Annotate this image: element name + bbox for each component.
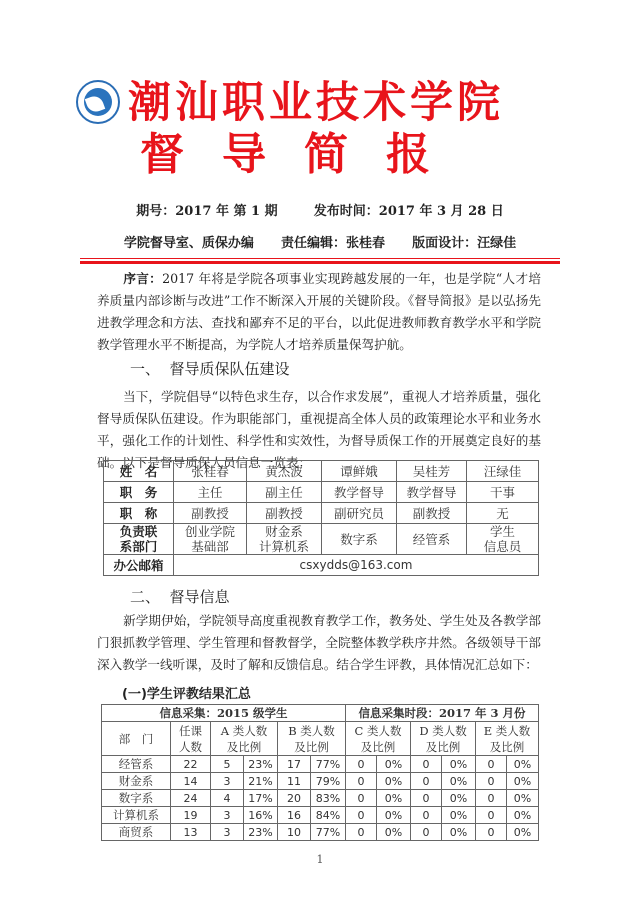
cell-e-pct: 0%: [507, 790, 539, 807]
header-c: C 类人数及比例: [346, 722, 411, 756]
cell-d: 0: [411, 773, 442, 790]
cell-c: 0: [346, 824, 377, 841]
cell-title: 副教授: [397, 503, 467, 524]
issue-number: 期号：2017 年 第 1 期: [136, 204, 277, 219]
table-row-name: 姓 名 张桂春 黄杰波 谭鲜娥 吴桂芳 汪绿佳: [104, 461, 539, 482]
header-b: B 类人数及比例: [278, 722, 346, 756]
table-row: 数字系 24 4 17% 20 83% 0 0% 0 0% 0 0%: [102, 790, 539, 807]
section2-text: 新学期伊始，学院领导高度重视教育教学工作，教务处、学生处及各教学部门狠抓教学管理…: [97, 613, 541, 672]
table-row-email: 办公邮箱 csxydds@163.com: [104, 555, 539, 576]
cell-a: 3: [211, 824, 244, 841]
table-row: 经管系 22 5 23% 17 77% 0 0% 0 0% 0 0%: [102, 756, 539, 773]
cell-e-pct: 0%: [507, 773, 539, 790]
cell-c-pct: 0%: [377, 824, 411, 841]
table-header-row: 部 门 任课人数 A 类人数及比例 B 类人数及比例 C 类人数及比例 D 类人…: [102, 722, 539, 756]
header-e: E 类人数及比例: [476, 722, 539, 756]
cell-name: 谭鲜娥: [322, 461, 397, 482]
bulletin-title: 督导简报: [140, 130, 468, 180]
cell-position: 教学督导: [397, 482, 467, 503]
cell-e: 0: [476, 756, 507, 773]
cell-name: 张桂春: [174, 461, 247, 482]
cell-position: 干事: [467, 482, 539, 503]
publish-date: 发布时间：2017 年 3 月 28 日: [314, 204, 504, 219]
cell-d-pct: 0%: [442, 756, 476, 773]
row-label-title: 职 称: [104, 503, 174, 524]
table-info-row: 信息采集：2015 级学生 信息采集时段：2017 年 3 月份: [102, 705, 539, 722]
cell-b-pct: 77%: [311, 824, 346, 841]
cell-b: 10: [278, 824, 311, 841]
page-number: 1: [0, 853, 640, 866]
cell-dept: 商贸系: [102, 824, 171, 841]
cell-a-pct: 23%: [244, 756, 278, 773]
section1-heading: 一、 督导质保队伍建设: [130, 358, 290, 379]
header-d: D 类人数及比例: [411, 722, 476, 756]
table-row: 计算机系 19 3 16% 16 84% 0 0% 0 0% 0 0%: [102, 807, 539, 824]
cell-title: 副教授: [174, 503, 247, 524]
editor-line: 学院督导室、质保办编 责任编辑：张桂春 版面设计：汪绿佳: [0, 232, 640, 251]
cell-departments: 学生信息员: [467, 524, 539, 555]
cell-e-pct: 0%: [507, 807, 539, 824]
info-collection-period: 信息采集时段：2017 年 3 月份: [346, 705, 539, 722]
table-row-departments: 负责联系部门 创业学院基础部 财金系计算机系 数字系 经管系 学生信息员: [104, 524, 539, 555]
cell-position: 主任: [174, 482, 247, 503]
cell-d: 0: [411, 756, 442, 773]
cell-e: 0: [476, 807, 507, 824]
cell-b-pct: 77%: [311, 756, 346, 773]
cell-teachers: 13: [171, 824, 211, 841]
cell-dept: 经管系: [102, 756, 171, 773]
cell-position: 副主任: [247, 482, 322, 503]
cell-e: 0: [476, 790, 507, 807]
cell-b-pct: 79%: [311, 773, 346, 790]
preface-text: 2017 年将是学院各项事业实现跨越发展的一年，也是学院“人才培养质量内部诊断与…: [97, 271, 541, 352]
preface-paragraph: 序言：2017 年将是学院各项事业实现跨越发展的一年，也是学院“人才培养质量内部…: [97, 268, 541, 356]
cell-name: 吴桂芳: [397, 461, 467, 482]
layout-designer: 版面设计：汪绿佳: [412, 236, 516, 251]
cell-dept: 数字系: [102, 790, 171, 807]
student-evaluation-table: 信息采集：2015 级学生 信息采集时段：2017 年 3 月份 部 门 任课人…: [101, 704, 539, 841]
cell-d-pct: 0%: [442, 773, 476, 790]
cell-a: 4: [211, 790, 244, 807]
preface-label: 序言：: [123, 271, 162, 286]
cell-c: 0: [346, 773, 377, 790]
cell-e-pct: 0%: [507, 756, 539, 773]
cell-d: 0: [411, 790, 442, 807]
chief-editor: 责任编辑：张桂春: [281, 236, 385, 251]
cell-c: 0: [346, 790, 377, 807]
row-label-name: 姓 名: [104, 461, 174, 482]
cell-d: 0: [411, 824, 442, 841]
cell-a: 3: [211, 807, 244, 824]
cell-c: 0: [346, 756, 377, 773]
cell-position: 教学督导: [322, 482, 397, 503]
info-collection-group: 信息采集：2015 级学生: [102, 705, 346, 722]
editor-org: 学院督导室、质保办编: [124, 236, 254, 251]
cell-a-pct: 21%: [244, 773, 278, 790]
cell-c-pct: 0%: [377, 790, 411, 807]
subsection-heading: (一)学生评教结果汇总: [122, 683, 251, 702]
header-a: A 类人数及比例: [211, 722, 278, 756]
cell-b-pct: 83%: [311, 790, 346, 807]
section1-text: 当下，学院倡导“以特色求生存，以合作求发展”，重视人才培养质量，强化督导质保队伍…: [97, 389, 541, 470]
college-logo: [76, 80, 120, 124]
cell-title: 无: [467, 503, 539, 524]
header-dept: 部 门: [102, 722, 171, 756]
staff-info-table: 姓 名 张桂春 黄杰波 谭鲜娥 吴桂芳 汪绿佳 职 务 主任 副主任 教学督导 …: [103, 460, 539, 576]
cell-b: 20: [278, 790, 311, 807]
cell-title: 副教授: [247, 503, 322, 524]
logo-globe-icon: [84, 88, 112, 116]
cell-a-pct: 17%: [244, 790, 278, 807]
cell-d-pct: 0%: [442, 807, 476, 824]
cell-departments: 创业学院基础部: [174, 524, 247, 555]
table-row-position: 职 务 主任 副主任 教学督导 教学督导 干事: [104, 482, 539, 503]
row-label-position: 职 务: [104, 482, 174, 503]
cell-e: 0: [476, 824, 507, 841]
cell-b: 11: [278, 773, 311, 790]
issue-line: 期号：2017 年 第 1 期 发布时间：2017 年 3 月 28 日: [0, 200, 640, 219]
cell-c-pct: 0%: [377, 807, 411, 824]
cell-a: 3: [211, 773, 244, 790]
cell-e: 0: [476, 773, 507, 790]
section2-paragraph: 新学期伊始，学院领导高度重视教育教学工作，教务处、学生处及各教学部门狠抓教学管理…: [97, 610, 541, 676]
cell-teachers: 14: [171, 773, 211, 790]
cell-a-pct: 16%: [244, 807, 278, 824]
cell-b-pct: 84%: [311, 807, 346, 824]
section2-heading: 二、 督导信息: [130, 586, 230, 607]
cell-dept: 财金系: [102, 773, 171, 790]
cell-departments: 财金系计算机系: [247, 524, 322, 555]
cell-departments: 经管系: [397, 524, 467, 555]
cell-teachers: 22: [171, 756, 211, 773]
cell-c: 0: [346, 807, 377, 824]
cell-dept: 计算机系: [102, 807, 171, 824]
cell-name: 汪绿佳: [467, 461, 539, 482]
table-row-title: 职 称 副教授 副教授 副研究员 副教授 无: [104, 503, 539, 524]
cell-d-pct: 0%: [442, 790, 476, 807]
cell-teachers: 19: [171, 807, 211, 824]
table-row: 商贸系 13 3 23% 10 77% 0 0% 0 0% 0 0%: [102, 824, 539, 841]
cell-teachers: 24: [171, 790, 211, 807]
cell-title: 副研究员: [322, 503, 397, 524]
cell-e-pct: 0%: [507, 824, 539, 841]
cell-departments: 数字系: [322, 524, 397, 555]
table-row: 财金系 14 3 21% 11 79% 0 0% 0 0% 0 0%: [102, 773, 539, 790]
cell-c-pct: 0%: [377, 773, 411, 790]
cell-b: 16: [278, 807, 311, 824]
row-label-departments: 负责联系部门: [104, 524, 174, 555]
header-teachers: 任课人数: [171, 722, 211, 756]
cell-name: 黄杰波: [247, 461, 322, 482]
row-label-email: 办公邮箱: [104, 555, 174, 576]
header-divider-thin: [80, 258, 560, 259]
cell-c-pct: 0%: [377, 756, 411, 773]
cell-d-pct: 0%: [442, 824, 476, 841]
header-divider-thick: [80, 261, 560, 264]
cell-a-pct: 23%: [244, 824, 278, 841]
cell-a: 5: [211, 756, 244, 773]
cell-b: 17: [278, 756, 311, 773]
office-email[interactable]: csxydds@163.com: [174, 555, 539, 576]
cell-d: 0: [411, 807, 442, 824]
college-name-title: 潮汕职业技术学院: [128, 78, 504, 128]
